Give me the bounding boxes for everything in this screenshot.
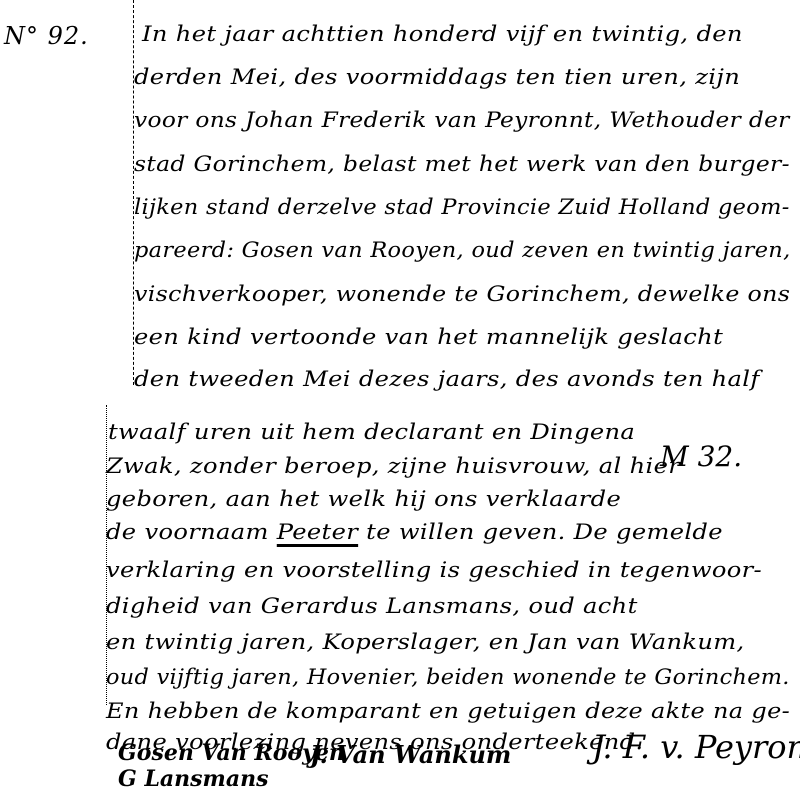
record-line: lijken stand derzelve stad Provincie Zui…: [134, 193, 790, 221]
record-line-given-name: de voornaam Peeter te willen geven. De g…: [106, 518, 723, 546]
margin-rule-lower: [106, 405, 107, 705]
record-line: pareerd: Gosen van Rooyen, oud zeven en …: [134, 236, 791, 264]
record-line: oud vijftig jaren, Hovenier, beiden wone…: [106, 663, 790, 691]
given-name: Peeter: [277, 520, 358, 544]
signature-witness-2: J. Van Wankum: [310, 740, 511, 769]
record-line: In het jaar achttien honderd vijf en twi…: [142, 20, 743, 48]
record-line: En hebben de komparant en getuigen deze …: [106, 697, 790, 725]
record-line: den tweeden Mei dezes jaars, des avonds …: [134, 365, 760, 393]
signature-witness-1: G Lansmans: [118, 766, 268, 792]
record-line: digheid van Gerardus Lansmans, oud acht: [106, 592, 638, 620]
record-text: de voornaam: [106, 520, 277, 544]
record-line: twaalf uren uit hem declarant en Dingena: [108, 418, 635, 446]
record-text: te willen geven. De gemelde: [358, 520, 723, 544]
record-line: geboren, aan het welk hij ons verklaarde: [106, 485, 621, 513]
record-line: Zwak, zonder beroep, zijne huisvrouw, al…: [106, 452, 680, 480]
record-line: derden Mei, des voormiddags ten tien ure…: [134, 63, 740, 91]
marginal-annotation: M 32.: [660, 440, 742, 473]
record-number: N° 92.: [4, 22, 89, 50]
record-line: en twintig jaren, Koperslager, en Jan va…: [106, 628, 745, 656]
signature-official: J. F. v. Peyronnt: [592, 728, 800, 766]
record-line: vischverkooper, wonende te Gorinchem, de…: [134, 280, 790, 308]
record-line: stad Gorinchem, belast met het werk van …: [134, 150, 790, 178]
record-line: verklaring en voorstelling is geschied i…: [106, 556, 762, 584]
record-line: een kind vertoonde van het mannelijk ges…: [134, 323, 723, 351]
record-line: voor ons Johan Frederik van Peyronnt, We…: [134, 106, 790, 134]
